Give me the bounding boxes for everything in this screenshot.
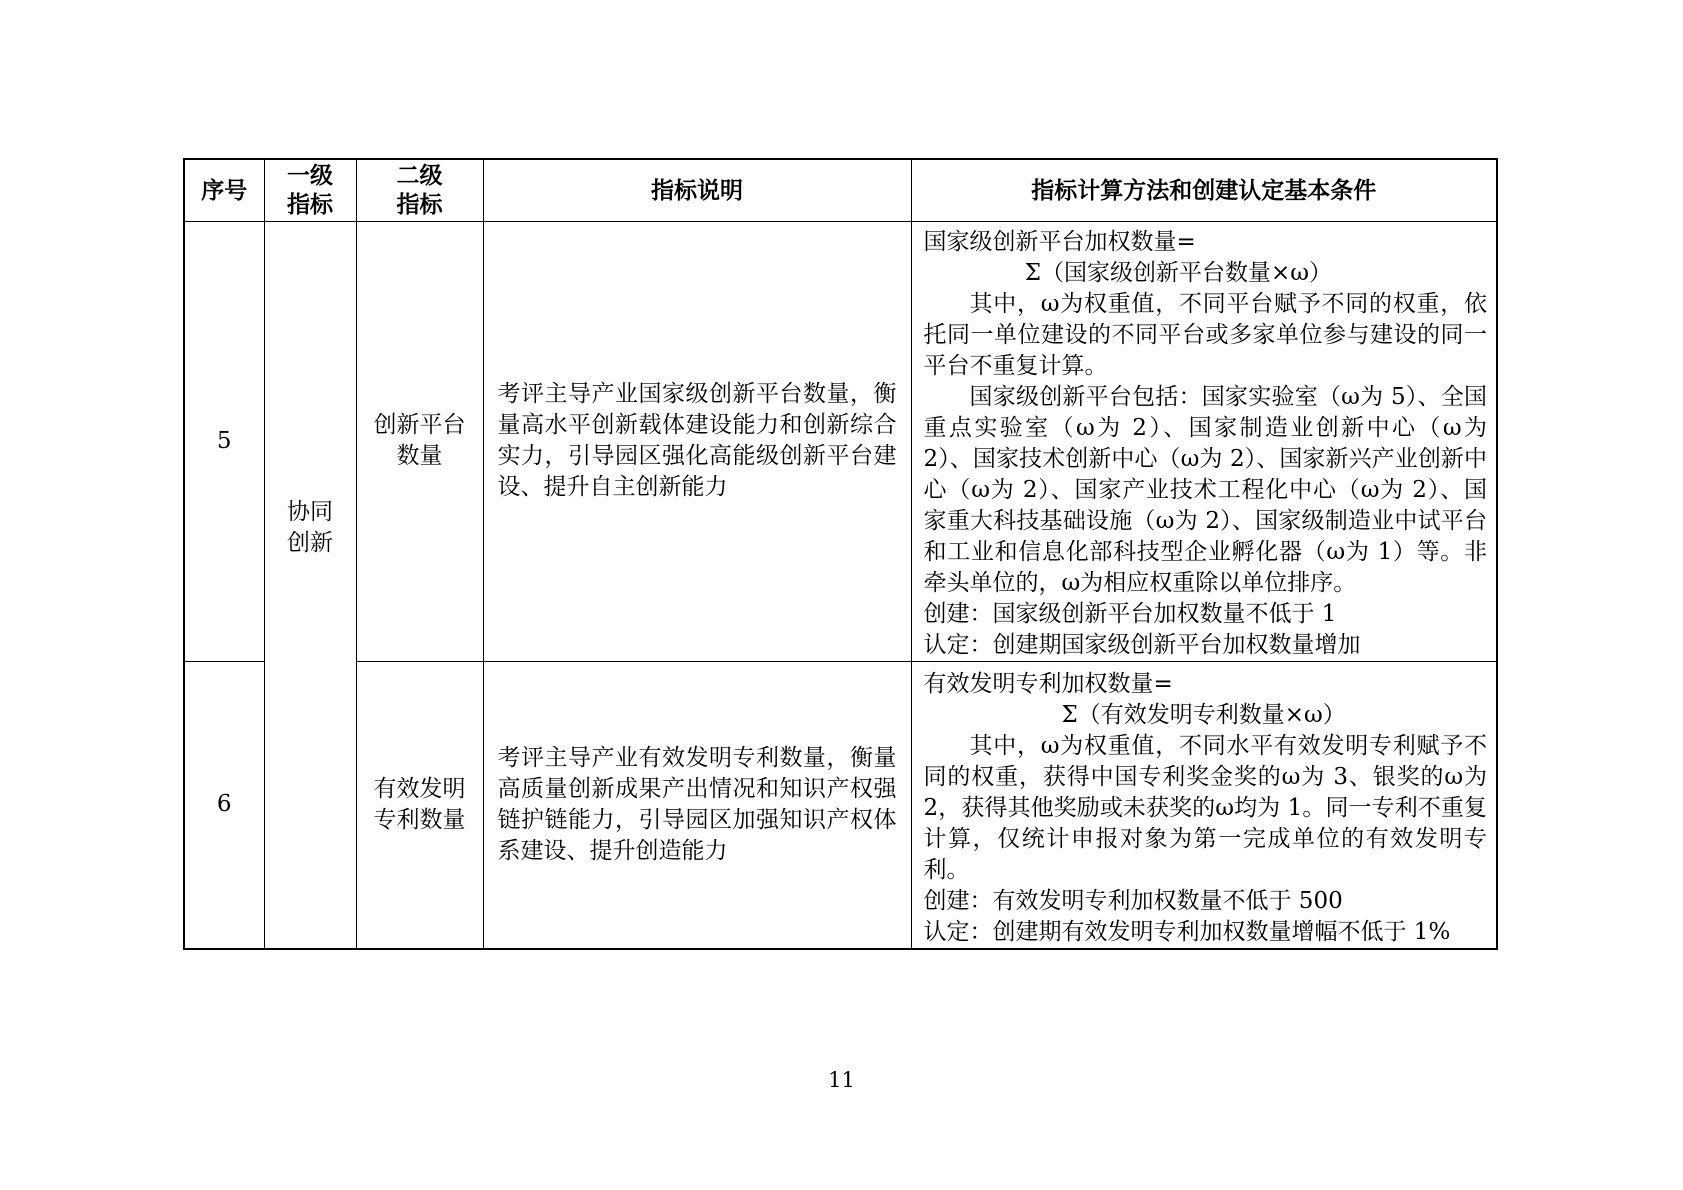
method-6-creation-condition: 创建：有效发明专利加权数量不低于 500: [924, 886, 1488, 917]
method-5-weight-note: 其中，ω为权重值，不同平台赋予不同的权重，依托同一单位建设的不同平台或多家单位参…: [924, 289, 1488, 382]
cell-level1-merged: 协同 创新: [264, 221, 356, 949]
header-method: 指标计算方法和创建认定基本条件: [911, 159, 1497, 221]
method-5-formula-sigma: Σ（国家级创新平台数量×ω）: [924, 258, 1488, 289]
method-5-formula-title: 国家级创新平台加权数量=: [924, 227, 1488, 258]
table-header-row: 序号 一级 指标 二级 指标 指标说明 指标计算方法和创建认定基本条件: [184, 159, 1497, 221]
cell-description-5: 考评主导产业国家级创新平台数量，衡量高水平创新载体建设能力和创新综合实力，引导园…: [483, 221, 911, 661]
header-level2: 二级 指标: [356, 159, 483, 221]
cell-no-6: 6: [184, 661, 264, 949]
method-6-formula-title: 有效发明专利加权数量=: [924, 669, 1488, 700]
method-5-creation-condition: 创建：国家级创新平台加权数量不低于 1: [924, 599, 1488, 630]
method-6-formula-sigma: Σ（有效发明专利数量×ω）: [924, 700, 1488, 731]
page-number: 11: [0, 1066, 1683, 1094]
indicator-table: 序号 一级 指标 二级 指标 指标说明 指标计算方法和创建认定基本条件 5 协同…: [183, 158, 1498, 950]
method-5-recognition-condition: 认定：创建期国家级创新平台加权数量增加: [924, 630, 1488, 661]
cell-no-5: 5: [184, 221, 264, 661]
document-page: 序号 一级 指标 二级 指标 指标说明 指标计算方法和创建认定基本条件 5 协同…: [0, 0, 1683, 1190]
cell-level2-6: 有效发明 专利数量: [356, 661, 483, 949]
cell-level2-5: 创新平台 数量: [356, 221, 483, 661]
header-no: 序号: [184, 159, 264, 221]
cell-method-5: 国家级创新平台加权数量= Σ（国家级创新平台数量×ω） 其中，ω为权重值，不同平…: [911, 221, 1497, 661]
cell-method-6: 有效发明专利加权数量= Σ（有效发明专利数量×ω） 其中，ω为权重值，不同水平有…: [911, 661, 1497, 949]
header-level1: 一级 指标: [264, 159, 356, 221]
cell-description-6: 考评主导产业有效发明专利数量，衡量高质量创新成果产出情况和知识产权强链护链能力，…: [483, 661, 911, 949]
method-6-weight-note: 其中，ω为权重值，不同水平有效发明专利赋予不同的权重，获得中国专利奖金奖的ω为 …: [924, 731, 1488, 886]
table-row-5: 5 协同 创新 创新平台 数量 考评主导产业国家级创新平台数量，衡量高水平创新载…: [184, 221, 1497, 661]
table-row-6: 6 有效发明 专利数量 考评主导产业有效发明专利数量，衡量高质量创新成果产出情况…: [184, 661, 1497, 949]
method-6-recognition-condition: 认定：创建期有效发明专利加权数量增幅不低于 1%: [924, 917, 1488, 948]
header-description: 指标说明: [483, 159, 911, 221]
method-5-platform-list: 国家级创新平台包括：国家实验室（ω为 5）、全国重点实验室（ω为 2）、国家制造…: [924, 382, 1488, 599]
